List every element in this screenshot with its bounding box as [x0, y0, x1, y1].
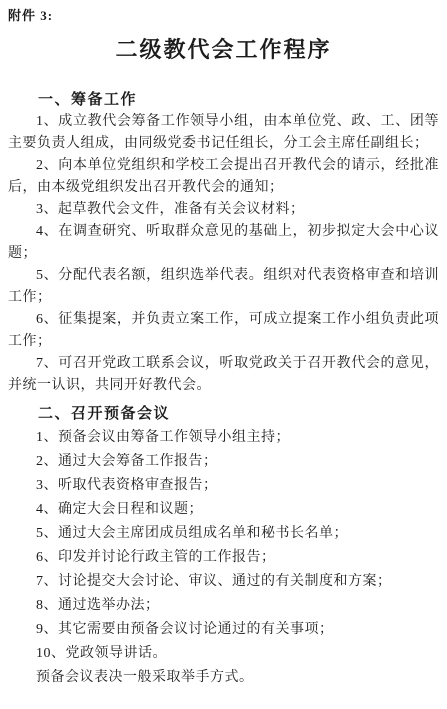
list-item: 10、党政领导讲话。	[8, 642, 439, 666]
section: 一、筹备工作1、成立教代会筹备工作领导小组，由本单位党、政、工、团等主要负责人组…	[8, 89, 439, 397]
list-item: 4、在调查研究、听取群众意见的基础上，初步拟定大会中心议题；	[8, 221, 439, 265]
section-heading: 一、筹备工作	[38, 89, 439, 111]
page-title: 二级教代会工作程序	[8, 37, 439, 63]
list-item: 3、起草教代会文件，准备有关会议材料；	[8, 199, 439, 221]
list-item: 3、听取代表资格审查报告；	[8, 474, 439, 498]
list-item: 5、通过大会主席团成员组成名单和秘书长名单；	[8, 522, 439, 546]
section-heading: 二、召开预备会议	[38, 402, 439, 426]
list-item: 5、分配代表名额，组织选举代表。组织对代表资格审查和培训工作；	[8, 265, 439, 309]
list-item: 1、预备会议由筹备工作领导小组主持；	[8, 426, 439, 450]
document-body: 一、筹备工作1、成立教代会筹备工作领导小组，由本单位党、政、工、团等主要负责人组…	[8, 89, 439, 666]
list-item: 1、成立教代会筹备工作领导小组，由本单位党、政、工、团等主要负责人组成，由同级党…	[8, 111, 439, 155]
list-item: 2、向本单位党组织和学校工会提出召开教代会的请示，经批准后，由本级党组织发出召开…	[8, 155, 439, 199]
list-item: 9、其它需要由预备会议讨论通过的有关事项；	[8, 618, 439, 642]
list-item: 6、印发并讨论行政主管的工作报告；	[8, 546, 439, 570]
attachment-label: 附件 3:	[8, 7, 439, 25]
section: 二、召开预备会议1、预备会议由筹备工作领导小组主持；2、通过大会筹备工作报告；3…	[8, 402, 439, 666]
closing-paragraph: 预备会议表决一般采取举手方式。	[8, 666, 439, 690]
list-item: 6、征集提案，并负责立案工作，可成立提案工作小组负责此项工作；	[8, 309, 439, 353]
list-item: 8、通过选举办法；	[8, 594, 439, 618]
list-item: 7、讨论提交大会讨论、审议、通过的有关制度和方案；	[8, 570, 439, 594]
list-item: 7、可召开党政工联系会议，听取党政关于召开教代会的意见，并统一认识，共同开好教代…	[8, 353, 439, 397]
list-item: 2、通过大会筹备工作报告；	[8, 450, 439, 474]
document-page: 附件 3: 二级教代会工作程序 一、筹备工作1、成立教代会筹备工作领导小组，由本…	[0, 0, 447, 709]
list-item: 4、确定大会日程和议题；	[8, 498, 439, 522]
